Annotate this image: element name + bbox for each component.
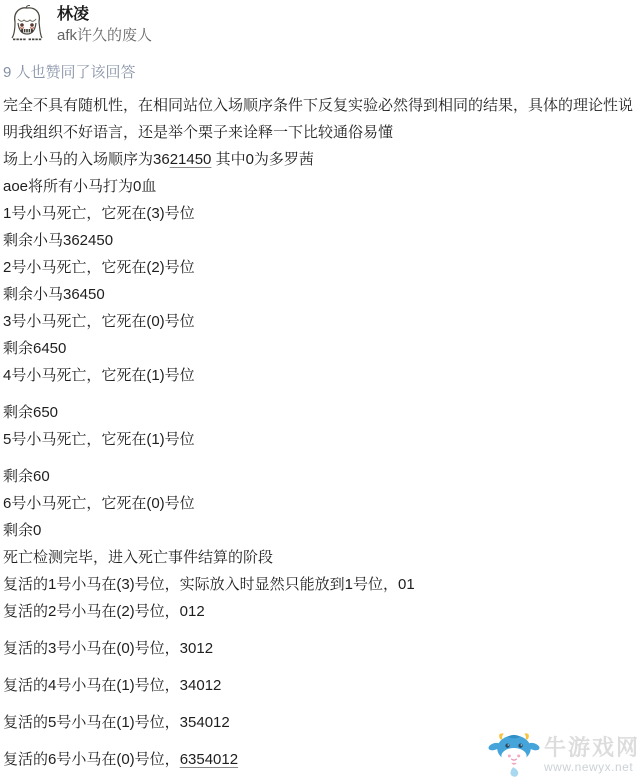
answer-text-segment: 4号小马死亡，它死在(1)号位 xyxy=(3,367,195,384)
answer-paragraph: aoe将所有小马打为0血 xyxy=(3,173,641,200)
watermark-site-url: www.newyx.net xyxy=(544,761,640,774)
answer-text-segment: 剩余6450 xyxy=(3,340,66,357)
answer-paragraph: 6号小马死亡，它死在(0)号位 xyxy=(3,490,641,517)
answer-paragraph: 剩余小马362450 xyxy=(3,227,641,254)
answer-paragraph: 剩余60 xyxy=(3,463,641,490)
answer-text-segment: 复活的4号小马在(1)号位，34012 xyxy=(3,677,221,694)
answer-paragraph: 3号小马死亡，它死在(0)号位 xyxy=(3,308,641,335)
answer-text-segment: 5号小马死亡，它死在(1)号位 xyxy=(3,431,195,448)
answer-text-segment: 1号小马死亡，它死在(3)号位 xyxy=(3,205,195,222)
answer-paragraph: 场上小马的入场顺序为3621450 其中0为多罗茜 xyxy=(3,146,641,173)
answer-text-segment: 剩余小马36450 xyxy=(3,286,105,303)
author-bio: afk许久的废人 xyxy=(57,25,152,47)
answer-paragraph: 复活的4号小马在(1)号位，34012 xyxy=(3,672,641,699)
answer-text-segment: 复活的2号小马在(2)号位，012 xyxy=(3,603,205,620)
watermark-text: 牛游戏网 www.newyx.net xyxy=(544,736,640,774)
answer-text-segment: 2号小马死亡，它死在(2)号位 xyxy=(3,259,195,276)
answer-paragraph: 剩余650 xyxy=(3,399,641,426)
answer-text-segment: 剩余60 xyxy=(3,468,50,485)
answer-text-segment: 剩余小马362450 xyxy=(3,232,113,249)
answer-text-segment: 场上小马的入场顺序为36 xyxy=(3,151,170,168)
answer-paragraph: 2号小马死亡，它死在(2)号位 xyxy=(3,254,641,281)
answer-text-segment: 复活的5号小马在(1)号位，354012 xyxy=(3,714,230,731)
answer-text-segment: 剩余0 xyxy=(3,522,41,539)
answer-paragraph: 死亡检测完毕，进入死亡事件结算的阶段 xyxy=(3,544,641,571)
answer-paragraph: 复活的1号小马在(3)号位，实际放入时显然只能放到1号位，01 xyxy=(3,571,641,598)
answer-paragraph: 4号小马死亡，它死在(1)号位 xyxy=(3,362,641,389)
avatar-sketch-icon xyxy=(8,5,46,43)
watermark: 牛游戏网 www.newyx.net xyxy=(486,730,640,780)
answer-paragraph: 5号小马死亡，它死在(1)号位 xyxy=(3,426,641,453)
answer-paragraph: 剩余小马36450 xyxy=(3,281,641,308)
answer-paragraph: 复活的2号小马在(2)号位，012 xyxy=(3,598,641,625)
answer-text-segment: 复活的3号小马在(0)号位，3012 xyxy=(3,640,213,657)
watermark-site-name: 牛游戏网 xyxy=(544,736,640,760)
answer-text-segment: aoe将所有小马打为0血 xyxy=(3,178,156,195)
answer-text-segment: 死亡检测完毕，进入死亡事件结算的阶段 xyxy=(3,549,273,566)
avatar[interactable] xyxy=(8,5,46,43)
answer-paragraph: 完全不具有随机性，在相同站位入场顺序条件下反复实验必然得到相同的结果，具体的理论… xyxy=(3,92,641,146)
underlined-text: 6354012 xyxy=(180,751,238,768)
answer-text-segment: 复活的6号小马在(0)号位， xyxy=(3,751,180,768)
answer-paragraph: 剩余6450 xyxy=(3,335,641,362)
answer-paragraph: 复活的3号小马在(0)号位，3012 xyxy=(3,635,641,662)
answer-paragraph: 剩余0 xyxy=(3,517,641,544)
author-name[interactable]: 林凌 xyxy=(57,5,152,25)
author-card: 林凌 afk许久的废人 xyxy=(0,0,644,51)
answer-text-segment: 完全不具有随机性，在相同站位入场顺序条件下反复实验必然得到相同的结果，具体的理论… xyxy=(3,97,633,141)
answer-body: 完全不具有随机性，在相同站位入场顺序条件下反复实验必然得到相同的结果，具体的理论… xyxy=(3,92,641,773)
answer-text-segment: 6号小马死亡，它死在(0)号位 xyxy=(3,495,195,512)
answer-text-segment: 复活的1号小马在(3)号位，实际放入时显然只能放到1号位，01 xyxy=(3,576,415,593)
cow-mascot-icon xyxy=(486,730,542,780)
underlined-text: 21450 xyxy=(170,151,212,168)
answer-text-segment: 3号小马死亡，它死在(0)号位 xyxy=(3,313,195,330)
answer-text-segment: 剩余650 xyxy=(3,404,58,421)
author-info: 林凌 afk许久的废人 xyxy=(57,5,152,47)
answer-text-segment: 其中0为多罗茜 xyxy=(211,151,314,168)
answer-paragraph: 1号小马死亡，它死在(3)号位 xyxy=(3,200,641,227)
endorsement-text: 9 人也赞同了该回答 xyxy=(3,63,644,83)
